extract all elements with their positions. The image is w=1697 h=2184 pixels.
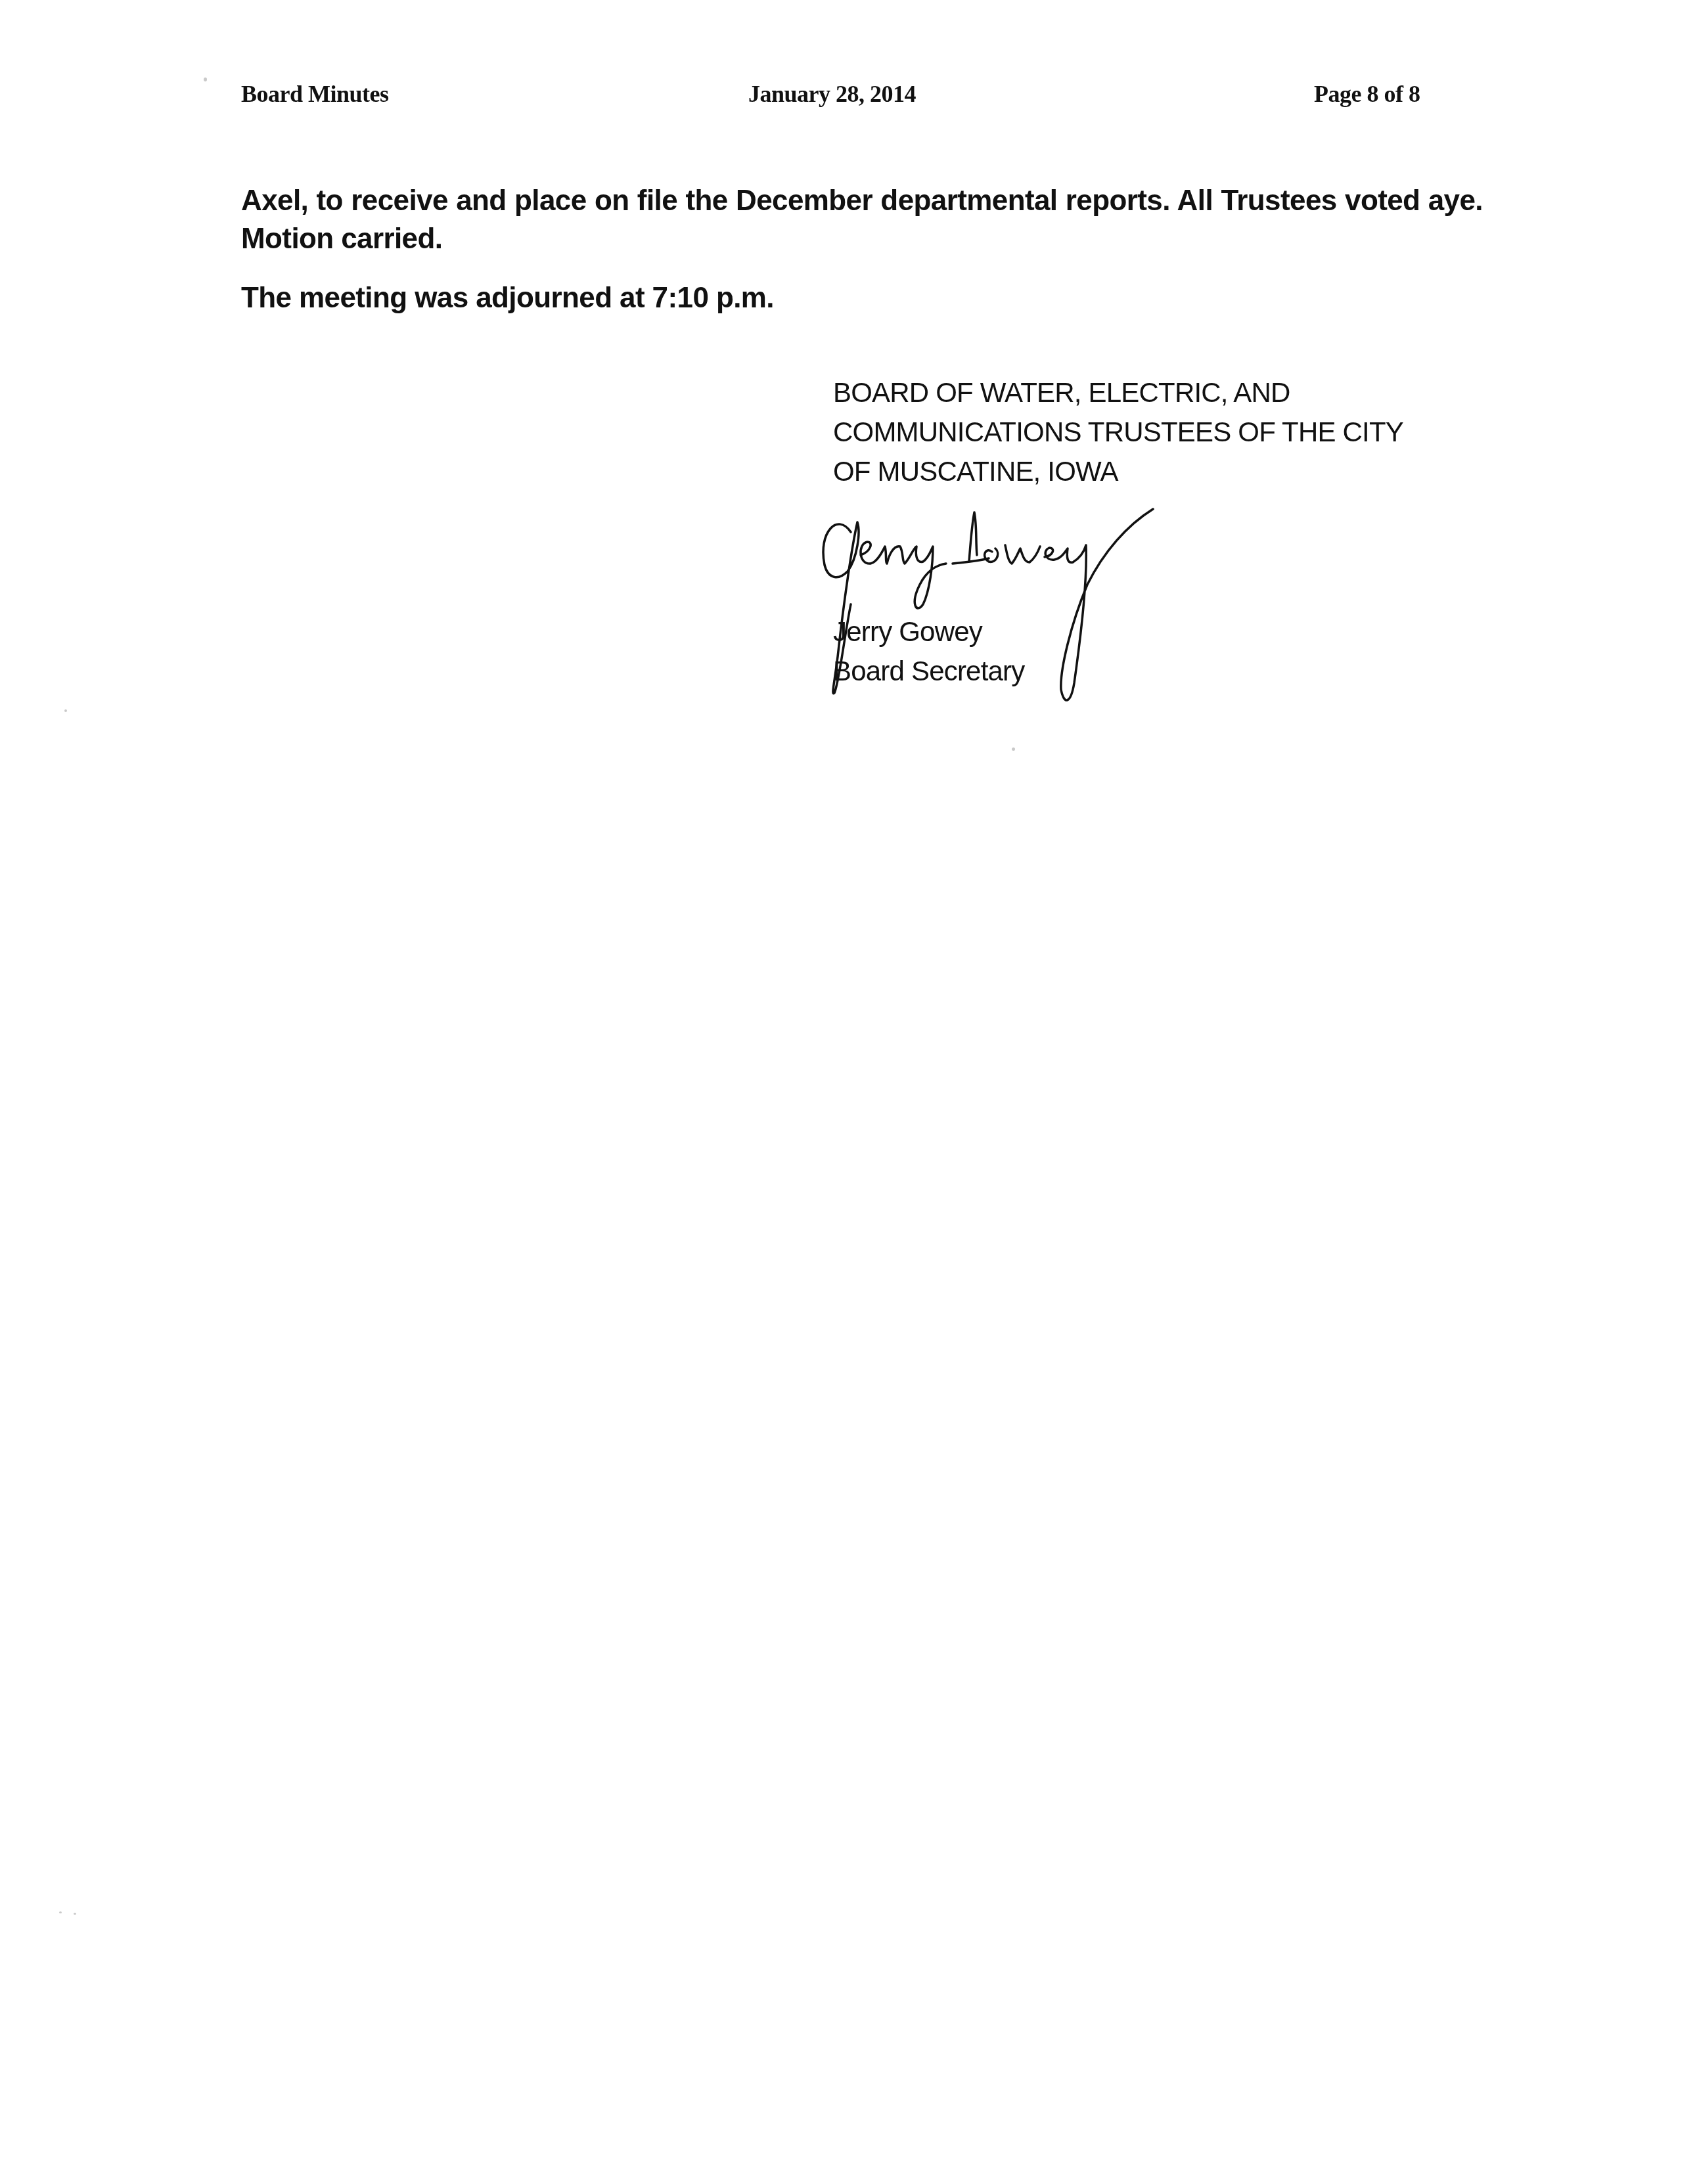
scan-speck — [1012, 747, 1015, 751]
adjournment-paragraph: The meeting was adjourned at 7:10 p.m. — [241, 279, 1483, 317]
motion-paragraph: Axel, to receive and place on file the D… — [241, 182, 1483, 258]
scan-speck — [204, 78, 207, 81]
page-header: Board Minutes January 28, 2014 Page 8 of… — [241, 80, 1430, 113]
header-page-number: Page 8 of 8 — [1314, 80, 1420, 108]
signer-title: Board Secretary — [833, 652, 1024, 691]
signer-name: Jerry Gowey — [833, 612, 982, 652]
header-date: January 28, 2014 — [748, 80, 916, 108]
header-document-title: Board Minutes — [241, 80, 389, 108]
document-page: Board Minutes January 28, 2014 Page 8 of… — [0, 0, 1697, 2184]
organization-line: OF MUSCATINE, IOWA — [833, 452, 1490, 491]
organization-name: BOARD OF WATER, ELECTRIC, AND COMMUNICAT… — [833, 373, 1490, 491]
scan-speck — [59, 1911, 62, 1913]
scan-speck — [64, 709, 67, 712]
organization-line: COMMUNICATIONS TRUSTEES OF THE CITY — [833, 412, 1490, 452]
scan-speck — [74, 1913, 76, 1915]
organization-line: BOARD OF WATER, ELECTRIC, AND — [833, 373, 1490, 412]
